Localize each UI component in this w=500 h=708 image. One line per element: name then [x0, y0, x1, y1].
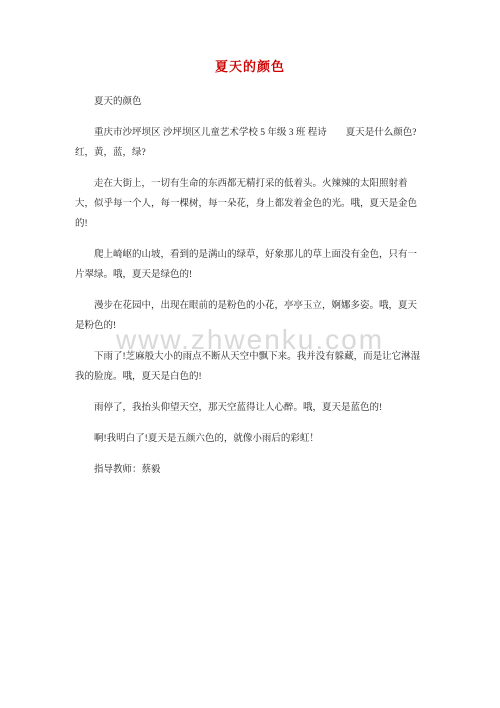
paragraph: 雨停了，我抬头仰望天空，那天空蓝得让人心醉。哦，夏天是蓝色的!	[75, 398, 425, 418]
paragraph-teacher-credit: 指导教师：蔡毅	[75, 460, 425, 480]
document-title: 夏天的颜色	[0, 0, 500, 75]
paragraph: 走在大街上，一切有生命的东西都无精打采的低着头。火辣辣的太阳照射着大，似乎每一个…	[75, 174, 425, 234]
paragraph: 漫步在花园中，出现在眼前的是粉色的小花，亭亭玉立，婀娜多姿。哦，夏天是粉色的!	[75, 296, 425, 336]
paragraph: 爬上崎岖的山坡，看到的是满山的绿草，好象那儿的草上面没有金色，只有一片翠绿。哦，…	[75, 245, 425, 285]
paragraph-byline: 重庆市沙坪坝区 沙坪坝区儿童艺术学校 5 年级 3 班 程诗 夏天是什么颜色?红…	[75, 123, 425, 163]
document-page: 夏天的颜色 夏天的颜色 重庆市沙坪坝区 沙坪坝区儿童艺术学校 5 年级 3 班 …	[0, 0, 500, 708]
paragraph: 啊!我明白了!夏天是五颜六色的，就像小雨后的彩虹！	[75, 429, 425, 449]
paragraph: 下雨了!芝麻般大小的雨点不断从天空中飘下来。我并没有躲藏，而是让它淋湿我的脸庞。…	[75, 347, 425, 387]
paragraph-subtitle: 夏天的颜色	[75, 92, 425, 112]
document-body: 夏天的颜色 重庆市沙坪坝区 沙坪坝区儿童艺术学校 5 年级 3 班 程诗 夏天是…	[0, 75, 500, 480]
